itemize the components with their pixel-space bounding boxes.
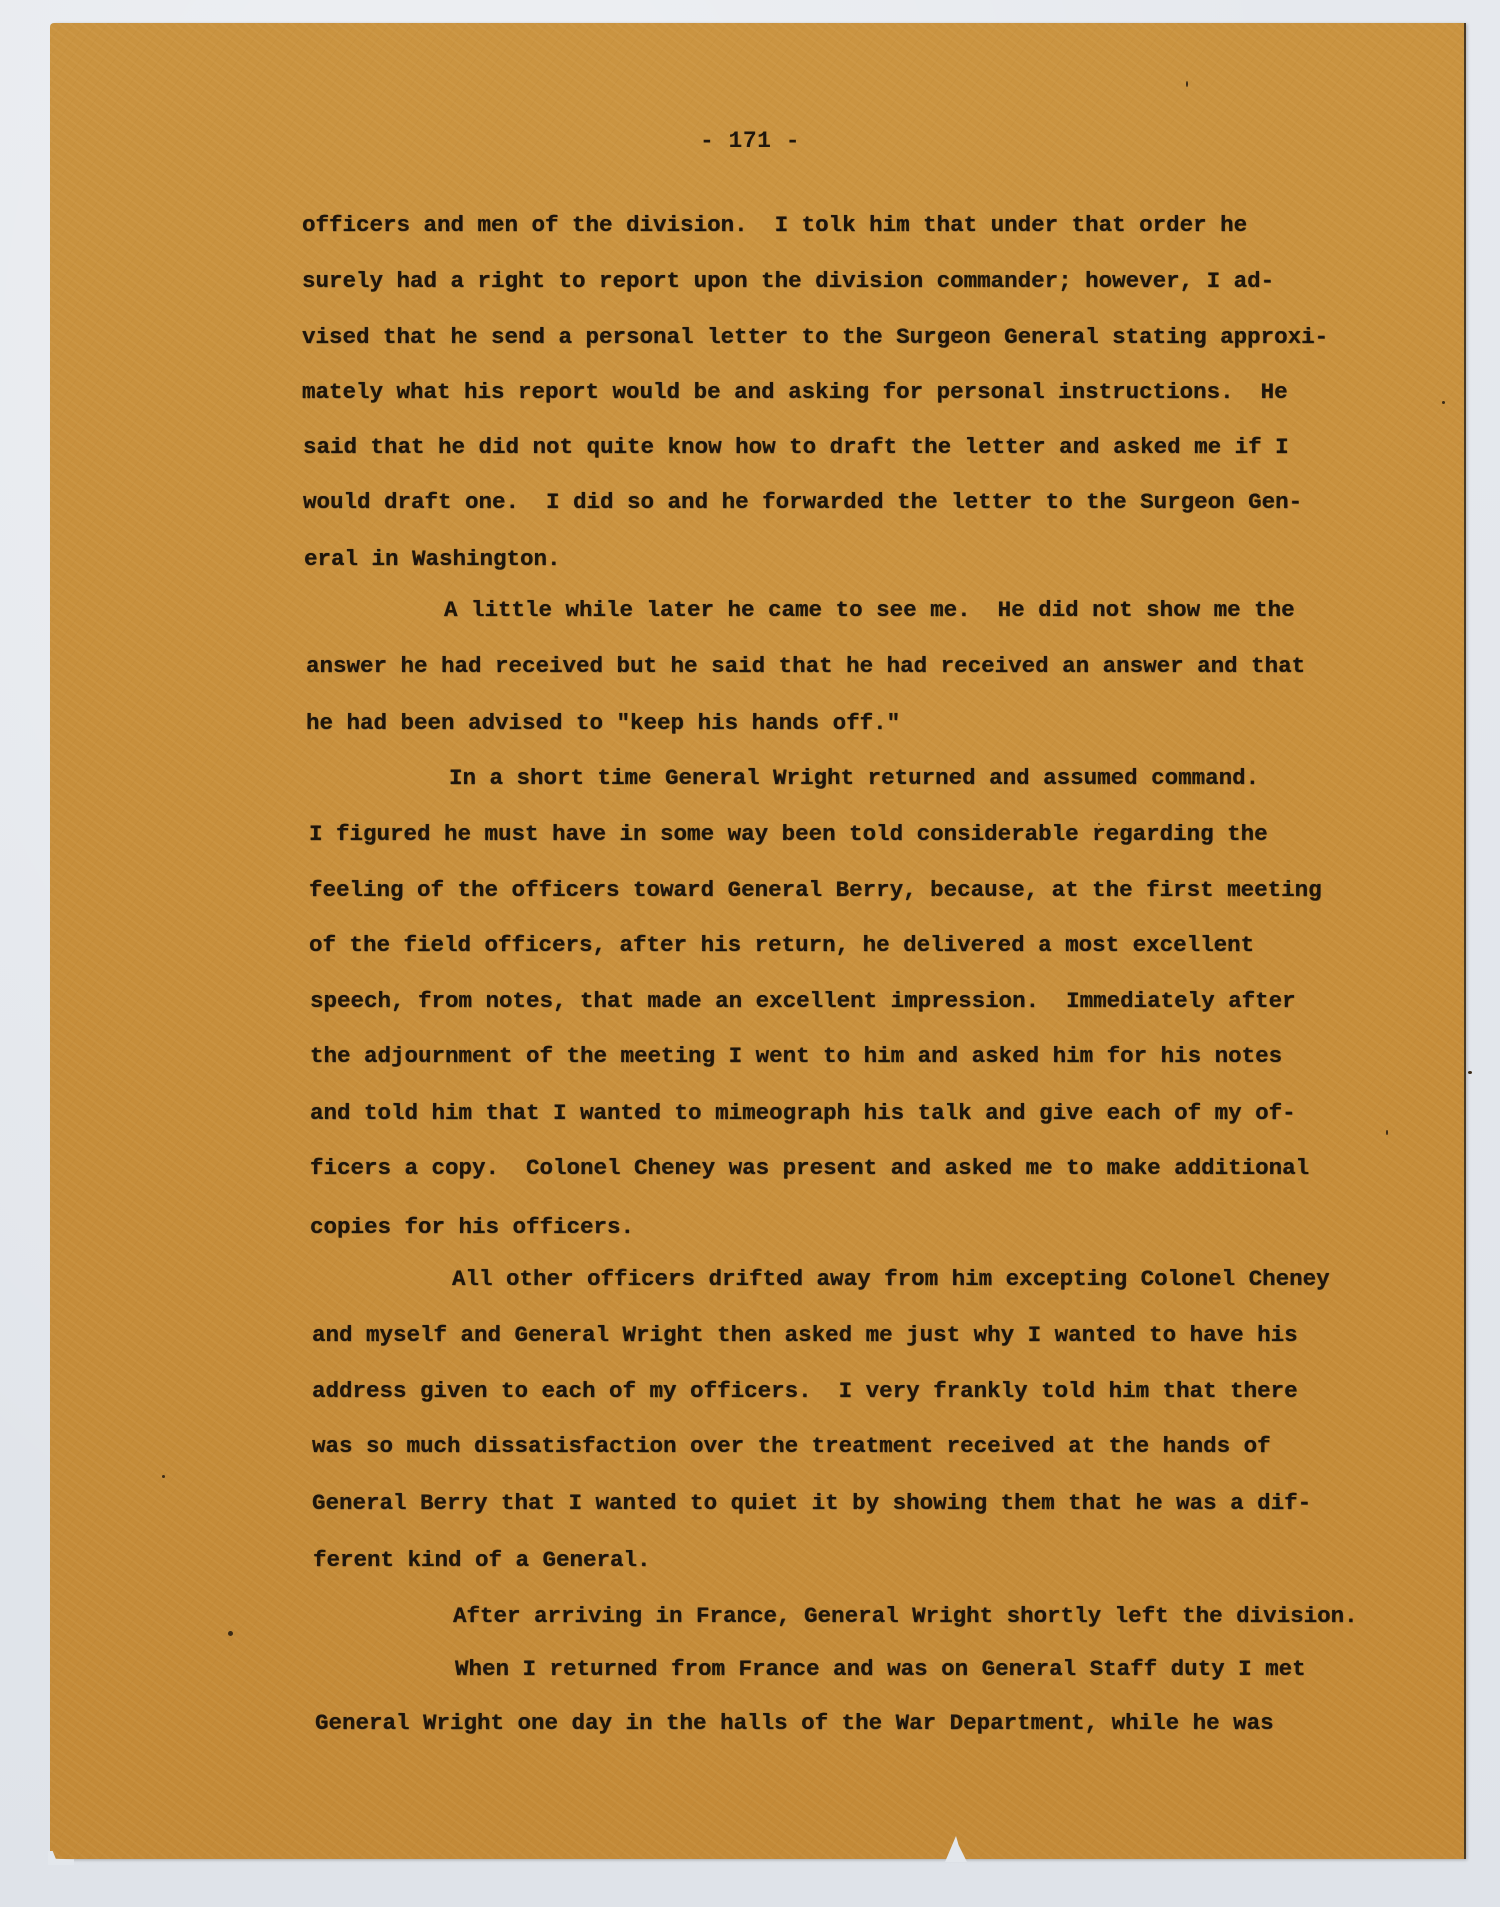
text-line: General Berry that I wanted to quiet it … (312, 1492, 1311, 1515)
text-line: mately what his report would be and aski… (302, 381, 1288, 404)
text-line: would draft one. I did so and he forward… (303, 491, 1302, 514)
paper-speck (162, 1475, 165, 1478)
text-line: and told him that I wanted to mimeograph… (310, 1102, 1296, 1125)
text-line: the adjournment of the meeting I went to… (310, 1045, 1282, 1068)
text-line: ficers a copy. Colonel Cheney was presen… (310, 1157, 1309, 1180)
text-line: ferent kind of a General. (313, 1549, 651, 1572)
text-line: All other officers drifted away from him… (452, 1268, 1330, 1291)
text-line: eral in Washington. (304, 548, 561, 571)
text-line: After arriving in France, General Wright… (453, 1605, 1358, 1628)
text-line: feeling of the officers toward General B… (309, 879, 1322, 902)
text-line: vised that he send a personal letter to … (302, 326, 1328, 349)
text-line: answer he had received but he said that … (306, 655, 1305, 678)
text-line: said that he did not quite know how to d… (303, 436, 1289, 459)
text-line: I figured he must have in some way been … (309, 823, 1268, 846)
text-line: was so much dissatisfaction over the tre… (312, 1435, 1271, 1458)
paper-speck (228, 1631, 233, 1636)
paper-speck (1442, 401, 1445, 404)
paper-speck (1386, 1130, 1388, 1135)
page-number: - 171 - (0, 128, 1500, 154)
text-line: General Wright one day in the halls of t… (315, 1712, 1274, 1735)
text-line: and myself and General Wright then asked… (312, 1324, 1298, 1347)
text-line: surely had a right to report upon the di… (302, 270, 1274, 293)
text-line: A little while later he came to see me. … (444, 599, 1295, 622)
paper-speck (1468, 1071, 1472, 1074)
text-line: of the field officers, after his return,… (309, 934, 1254, 957)
text-line: copies for his officers. (310, 1216, 634, 1239)
paper-speck (1186, 81, 1188, 87)
text-line: officers and men of the division. I tolk… (302, 214, 1247, 237)
text-line: In a short time General Wright returned … (449, 767, 1259, 790)
text-line: speech, from notes, that made an excelle… (310, 990, 1296, 1013)
text-line: When I returned from France and was on G… (455, 1658, 1306, 1681)
text-line: address given to each of my officers. I … (312, 1380, 1298, 1403)
text-line: he had been advised to "keep his hands o… (306, 712, 900, 735)
